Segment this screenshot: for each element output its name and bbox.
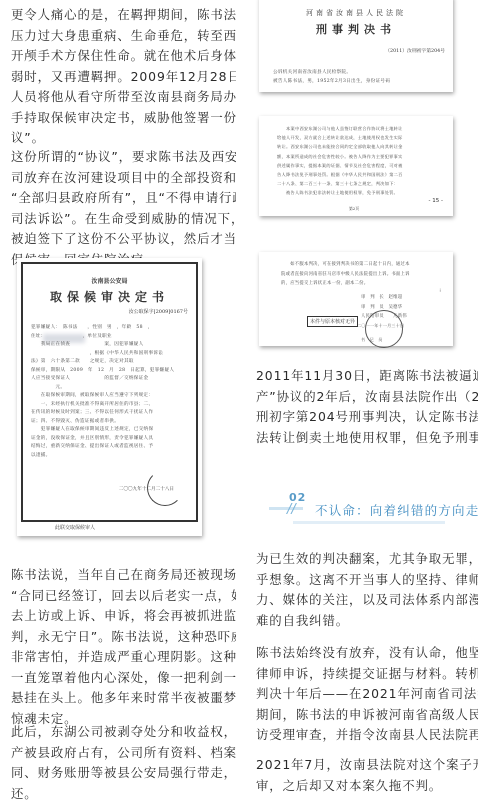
document-agency: 汝南县公安局 [17,276,202,285]
text-line: 难的自我纠错。 [256,611,478,632]
text-line: 同、财务账册等被县公安局强行带走，至今未 [11,763,236,784]
judgment-p1-line: 公诉机关河南省汝南县人民检察院。 [273,69,351,78]
section-title: 不认命：向着纠错的方向走 [315,501,479,519]
text-line: 2011年11月30日，距离陈书法被逼迫签署“夺 [256,366,478,387]
text-line: 律师申诉，持续提交证据与材料。转机出现在 [256,664,478,685]
text-line: 悬挂在头上。他多年来时常半夜被噩梦惊醒， [11,688,236,709]
page-label: 第2页 [349,206,359,212]
judgment-page-2-image: 本案中西安东湖公司与他人虽签订联营合作协议将土地转让 给他人开发，双方就合上述转… [259,116,453,216]
text-line: 开颅手术方保住性命。就在他术后身体极度虚 [11,46,236,67]
slash-decoration-icon: // [287,502,296,517]
doc-line: 以逮捕。 [31,452,191,461]
doc-line: 的，应当提交上诉状正本一份，副本二份。 [281,279,410,289]
text-line: 更令人痛心的是，在羁押期间，陈书法因精神 [11,5,236,26]
text-line: 为已生效的判决翻案，尤其争取无罪，难度超 [256,549,478,570]
document-number: 汝公取保字[2009]0167号 [129,308,188,315]
judgment-p3-body: 如不服本判决，可在接到判决书的第二日起十日内，通过本 院或者直接向河南省驻马店市… [281,260,410,289]
doc-line: 住址： ，单位及职业 [31,333,191,342]
court-name: 河南省汝南县人民法院 [259,8,453,18]
judgment-p1-line: 被告人陈书法，男，1952年2月3日出生，身份证号码 [273,78,390,87]
judgment-p2-body: 本案中西安东湖公司与他人虽签订联营合作协议将土地转让 给他人开发，双方就合上述转… [277,124,445,198]
section-header: // 02 不认命：向着纠错的方向走 [245,490,485,530]
page-marker: - 15 - [429,198,443,204]
paragraph-agreement: 这份所谓的“协议”，要求陈书法及西安东湖公 司放弃在汝河建设项目中的全部投资和收… [11,147,236,270]
header-underline [293,521,445,524]
judgment-page-3-image: 如不服本判决，可在接到判决书的第二日起十日内，通过本 院或者直接向河南省驻马店市… [259,252,453,346]
doc-line: 被告人陈书法犯非法转让土地使用权罪，免予刑事处罚。 [277,188,445,197]
section-number: 02 [289,491,306,504]
doc-line: 额，本案所造成的社会危害性较小。被告人降作为主要犯罪事实 [277,152,445,161]
doc-line: 一、未经执行机关批准不得离开所居住的市县；二、 [31,401,191,410]
text-line: 人员将他从看守所带至汝南县商务局办公室， [11,87,236,108]
doc-line: 二十八条、第二百三十一条、第三十七条之规定，判决如下： [277,179,445,188]
text-line: 手持取保候审决定书，威胁他签署一份“协 [11,108,236,129]
text-line: 法转让倒卖土地使用权罪，但免予刑事处罚。 [256,428,478,449]
doc-line: 院或者直接向河南省驻马店市中级人民法院提出上诉。书面上诉 [281,270,410,280]
text-line: 产”协议的2年后，汝南县法院作出（2011）汝 [256,387,478,408]
paragraph-judgment: 2011年11月30日，距离陈书法被逼迫签署“夺 产”协议的2年后，汝南县法院作… [256,366,478,448]
doc-line: 犯罪嫌疑人： 陈书法 ，性别 男 ，年龄 58 ， [31,324,191,333]
judgment-date: 二〇一一年十一月三十日 [357,322,404,331]
doc-line: 本案中西安东湖公司与他人虽签订联营合作协议将土地转让 [277,124,445,133]
text-line: 乎想象。这离不开当事人的坚持、律师的努 [256,570,478,591]
text-line: 去上访或上诉、申诉，将会再被抓进监狱重 [11,606,236,627]
verification-stamp: 本件与原本核对无异 [307,316,358,327]
text-line: 力、媒体的关注，以及司法体系内部漫长而艰 [256,590,478,611]
text-line: 期间，陈书法的申诉被河南省高级人民法院信 [256,705,478,726]
judgment-title: 刑事判决书 [259,21,453,37]
text-line: 议”。 [11,128,236,149]
text-line: 一直笼罩着他内心深处，像一把利剑一样时刻 [11,668,236,689]
doc-line: 我局正在侦查 案，因犯罪嫌疑人 [31,341,191,350]
paragraph-appeal: 陈书法始终没有放弃，没有认命，他坚持委托 律师申诉，持续提交证据与材料。转机出现… [256,643,478,746]
text-line: 访受理审查，并指令汝南县人民法院再审！ [256,725,478,746]
doc-line: 元。 [31,384,191,393]
doc-line: 在传讯的时候及时到案；三、不得以任何形式干扰证人作 [31,409,191,418]
case-number: （2011）汝刑初字第204号 [385,47,445,54]
text-line: 陈书法始终没有放弃，没有认命，他坚持委托 [256,643,478,664]
doc-line: 人应当接受保证人 的监督／交纳保证金 [31,375,191,384]
text-line: 这份所谓的“协议”，要求陈书法及西安东湖公 [11,147,236,168]
judgment-page-1-image: 河南省汝南县人民法院 刑事判决书 （2011）汝刑初字第204号 公诉机关河南省… [259,0,453,92]
signature-line: 审 判 长 赵维超 [361,293,407,303]
paragraph-warning: 陈书法说，当年自己在商务局还被现场警告： “合同已经签订，回去以后老实一点，如果… [11,565,236,729]
doc-line: 犯罪嫌疑人在取保候审期间违反上述规定，已交纳保 [31,426,191,435]
text-line: 审，之后却又对本案久拖不判。 [256,776,478,797]
header-accent-line [269,507,303,510]
text-line: 判决十年后——在2021年河南省司法教育整顿 [256,684,478,705]
text-line: 判，永无宁日”。陈书法说，这种恐吓威胁让他 [11,627,236,648]
official-seal [147,470,183,506]
doc-line: 证；四、不得毁灭、伪造证据或者串供。 [31,418,191,427]
text-line: 2021年7月，汝南县法院对这个案子开庭再 [256,755,478,776]
document-body: 犯罪嫌疑人： 陈书法 ，性别 男 ，年龄 58 ， 住址： ，单位及职业 我局正… [31,324,191,460]
doc-line: 转让。西安东湖公司也未能按合同约定全部收取他人向其转让金 [277,142,445,151]
doc-line: 保候审，期限从 2009 年 12 月 28 日起算，犯罪嫌疑人 [31,367,191,376]
clerk-label: 书 记 员 [361,336,383,345]
text-line: 非常害怕，并造成严重心理阴影。这种恐惧也 [11,647,236,668]
doc-line: 给他人开发，双方就合上述转让款达成，土地使用权也发生实际 [277,133,445,142]
paragraph-retrial-2021: 2021年7月，汝南县法院对这个案子开庭再 审，之后却又对本案久拖不判。 [256,755,478,796]
document-caption: 此联交取保候审人 [55,524,95,531]
doc-line: 告人降书法免予刑事处罚。根据《中华人民共和国刑法》第二百 [277,170,445,179]
text-line: 产被县政府占有，公司所有资料、档案、合 [11,743,236,764]
doc-line: 结悔过，重新交纳保证金、提出保证人或者监视居住、予 [31,443,191,452]
text-line: 陈书法说，当年自己在商务局还被现场警告： [11,565,236,586]
bail-decision-document-image: 汝南县公安局 取保候审决定书 汝公取保字[2009]0167号 犯罪嫌疑人： 陈… [17,258,202,536]
doc-line: 如不服本判决，可在接到判决书的第二日起十日内，通过本 [281,260,410,270]
document-title: 取保候审决定书 [17,288,202,305]
text-line: 压力过大身患重病、生命垂危，转至西安进行 [11,26,236,47]
text-line: 司法诉讼”。在生命受到威胁的情况下，陈书法 [11,209,236,230]
doc-line: 法》第 六十条第二款 之规定，决定对其取 [31,358,191,367]
text-line: 司放弃在汝河建设项目中的全部投资和收益， [11,168,236,189]
text-line: 弱时，又再遭羁押。2009年12月28日，办案 [11,67,236,88]
text-line: 此后，东湖公司被剥夺处分和收益权，投资资 [11,722,236,743]
text-line: 还。 [11,784,236,800]
text-line: “合同已经签订，回去以后老实一点，如果将来 [11,586,236,607]
doc-line: ，根据《中华人民共和国刑事诉讼 [31,350,191,359]
paragraph-assets-seized: 此后，东湖公司被剥夺处分和收益权，投资资 产被县政府占有，公司所有资料、档案、合… [11,722,236,800]
paragraph-retrial-difficulty: 为已生效的判决翻案，尤其争取无罪，难度超 乎想象。这离不开当事人的坚持、律师的努… [256,549,478,631]
paragraph-detention: 更令人痛心的是，在羁押期间，陈书法因精神 压力过大身患重病、生命垂危，转至西安进… [11,5,236,149]
doc-line: 证金的，没收保证金，并且区别情形，责令犯罪嫌疑人具 [31,435,191,444]
text-line: 被迫签下了这份不公平协议，然后才当场获取 [11,229,236,250]
margin-mark: ⁝ [439,288,441,294]
text-line: 刑初字第204号刑事判决，认定陈书法构成非 [256,407,478,428]
text-line: “全部归县政府所有”，且“不得申请行政复议和 [11,188,236,209]
doc-line: 在取保候审期间，被取保候审人应当遵守下列规定： [31,392,191,401]
doc-line: 供述属作事实，提据本案的证据、情节及社会危害程度，可对被 [277,161,445,170]
